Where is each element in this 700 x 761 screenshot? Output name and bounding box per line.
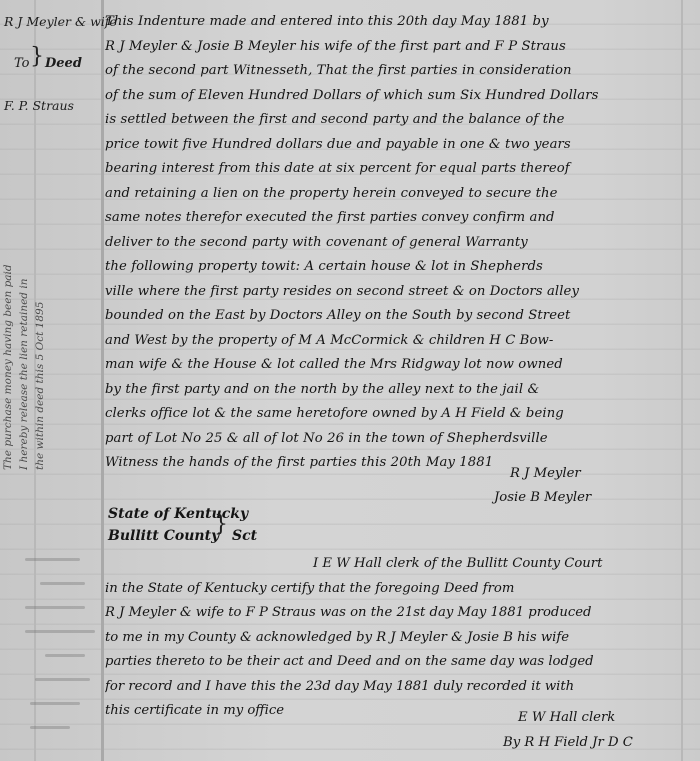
- faded-margin-mark: [35, 678, 90, 681]
- faded-margin-mark: [30, 726, 70, 729]
- faded-margin-mark: [40, 582, 85, 585]
- deed-line: Witness the hands of the first parties t…: [105, 451, 690, 476]
- deed-line: This Indenture made and entered into thi…: [105, 10, 690, 35]
- index-instrument: Deed: [45, 56, 82, 71]
- deed-line: price towit five Hundred dollars due and…: [105, 133, 690, 158]
- deputy-signature: By R H Field Jr D C: [503, 735, 633, 750]
- cert-line: R J Meyler & wife to F P Straus was on t…: [105, 601, 690, 626]
- deed-book-page: R J Meyler & wife To } Deed F. P. Straus…: [0, 0, 700, 761]
- release-note-line: I hereby release the lien retained in: [16, 120, 32, 470]
- faded-margin-mark: [30, 702, 80, 705]
- deed-line: and West by the property of M A McCormic…: [105, 329, 690, 354]
- deed-line: the following property towit: A certain …: [105, 255, 690, 280]
- release-note-line: the within deed this 5 Oct 1895: [32, 120, 48, 470]
- cert-line: I E W Hall clerk of the Bullitt County C…: [105, 552, 690, 577]
- venue-brace: }: [214, 512, 228, 537]
- faded-margin-mark: [25, 558, 80, 561]
- clerk-signature: E W Hall clerk: [518, 710, 615, 725]
- deed-line: is settled between the first and second …: [105, 108, 690, 133]
- deed-line: clerks office lot & the same heretofore …: [105, 402, 690, 427]
- index-grantee: F. P. Straus: [4, 98, 74, 113]
- deed-line: ville where the first party resides on s…: [105, 280, 690, 305]
- lien-release-note: The purchase money having been paid I he…: [0, 120, 48, 470]
- cert-line: for record and I have this the 23d day M…: [105, 675, 690, 700]
- deed-line: bearing interest from this date at six p…: [105, 157, 690, 182]
- faded-margin-mark: [25, 630, 95, 633]
- deed-line: deliver to the second party with covenan…: [105, 231, 690, 256]
- deed-line: part of Lot No 25 & all of lot No 26 in …: [105, 427, 690, 452]
- grantor-signature: Josie B Meyler: [494, 490, 591, 505]
- deed-line: and retaining a lien on the property her…: [105, 182, 690, 207]
- deed-line: R J Meyler & Josie B Meyler his wife of …: [105, 35, 690, 60]
- cert-line: parties thereto to be their act and Deed…: [105, 650, 690, 675]
- deed-line: same notes therefor executed the first p…: [105, 206, 690, 231]
- deed-line: of the sum of Eleven Hundred Dollars of …: [105, 84, 690, 109]
- clerk-certificate: I E W Hall clerk of the Bullitt County C…: [105, 552, 690, 724]
- deed-line: of the second part Witnesseth, That the …: [105, 59, 690, 84]
- margin-rule: [101, 0, 104, 761]
- grantor-signature: R J Meyler: [510, 466, 581, 481]
- deed-line: by the first party and on the north by t…: [105, 378, 690, 403]
- index-to: To: [14, 56, 30, 71]
- cert-line: in the State of Kentucky certify that th…: [105, 577, 690, 602]
- index-brace: }: [30, 44, 44, 69]
- index-grantor: R J Meyler & wife: [4, 14, 117, 29]
- cert-line: to me in my County & acknowledged by R J…: [105, 626, 690, 651]
- faded-margin-mark: [25, 606, 85, 609]
- deed-line: man wife & the House & lot called the Mr…: [105, 353, 690, 378]
- faded-margin-mark: [45, 654, 85, 657]
- deed-line: bounded on the East by Doctors Alley on …: [105, 304, 690, 329]
- venue-abbrev: Sct: [232, 528, 257, 544]
- venue-county: Bullitt County: [108, 528, 219, 544]
- release-note-line: The purchase money having been paid: [0, 120, 16, 470]
- deed-text: This Indenture made and entered into thi…: [105, 10, 690, 476]
